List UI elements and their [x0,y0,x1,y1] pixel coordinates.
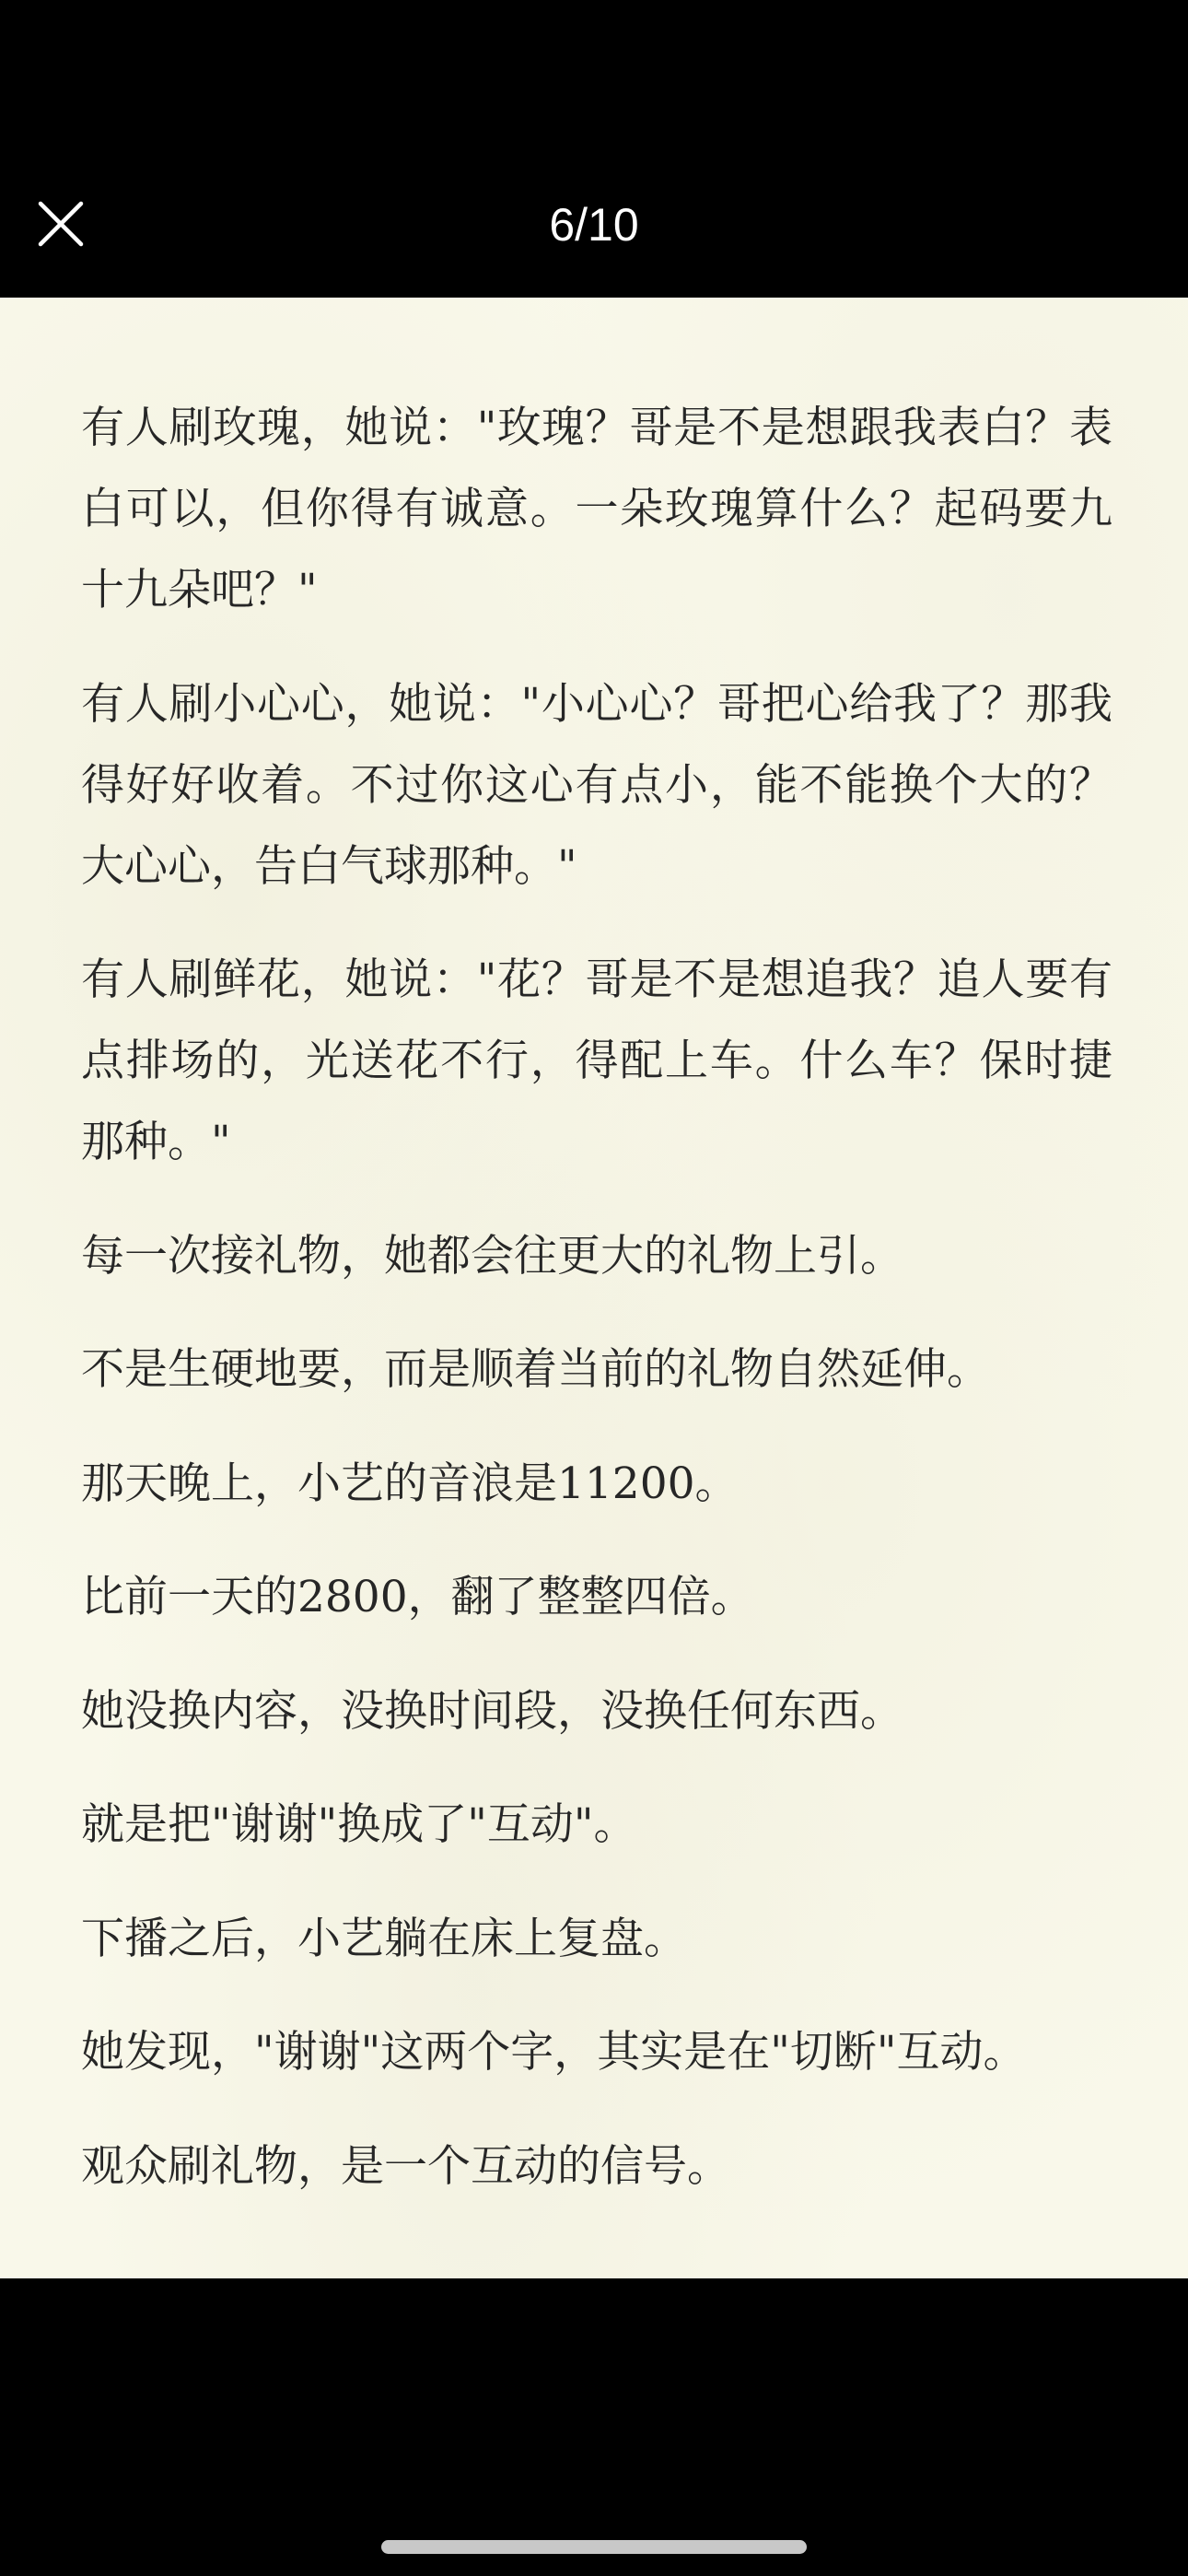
paragraph: 下播之后，小艺躺在床上复盘。 [81,1899,1112,1980]
article-body: 有人刷玫瑰，她说："玫瑰？哥是不是想跟我表白？表白可以，但你得有诚意。一朵玫瑰算… [81,388,1112,2240]
home-indicator[interactable] [381,2540,807,2554]
bottom-bar [0,2278,1188,2576]
page-counter: 6/10 [0,197,1188,252]
paragraph: 不是生硬地要，而是顺着当前的礼物自然延伸。 [81,1329,1112,1411]
paragraph: 她发现，"谢谢"这两个字，其实是在"切断"互动。 [81,2012,1112,2093]
paragraph: 她没换内容，没换时间段，没换任何东西。 [81,1671,1112,1752]
reading-page[interactable]: 有人刷玫瑰，她说："玫瑰？哥是不是想跟我表白？表白可以，但你得有诚意。一朵玫瑰算… [0,298,1188,2278]
paragraph: 有人刷小心心，她说："小心心？哥把心给我了？那我得好好收着。不过你这心有点小，能… [81,664,1112,907]
paragraph: 每一次接礼物，她都会往更大的礼物上引。 [81,1216,1112,1297]
paragraph: 比前一天的2800，翻了整整四倍。 [81,1557,1112,1638]
paragraph: 有人刷鲜花，她说："花？哥是不是想追我？追人要有点排场的，光送花不行，得配上车。… [81,940,1112,1183]
paragraph: 那天晚上，小艺的音浪是11200。 [81,1444,1112,1525]
top-bar: 6/10 [0,0,1188,298]
paragraph: 有人刷玫瑰，她说："玫瑰？哥是不是想跟我表白？表白可以，但你得有诚意。一朵玫瑰算… [81,388,1112,631]
paragraph: 观众刷礼物，是一个互动的信号。 [81,2126,1112,2207]
paragraph: 就是把"谢谢"换成了"互动"。 [81,1785,1112,1866]
